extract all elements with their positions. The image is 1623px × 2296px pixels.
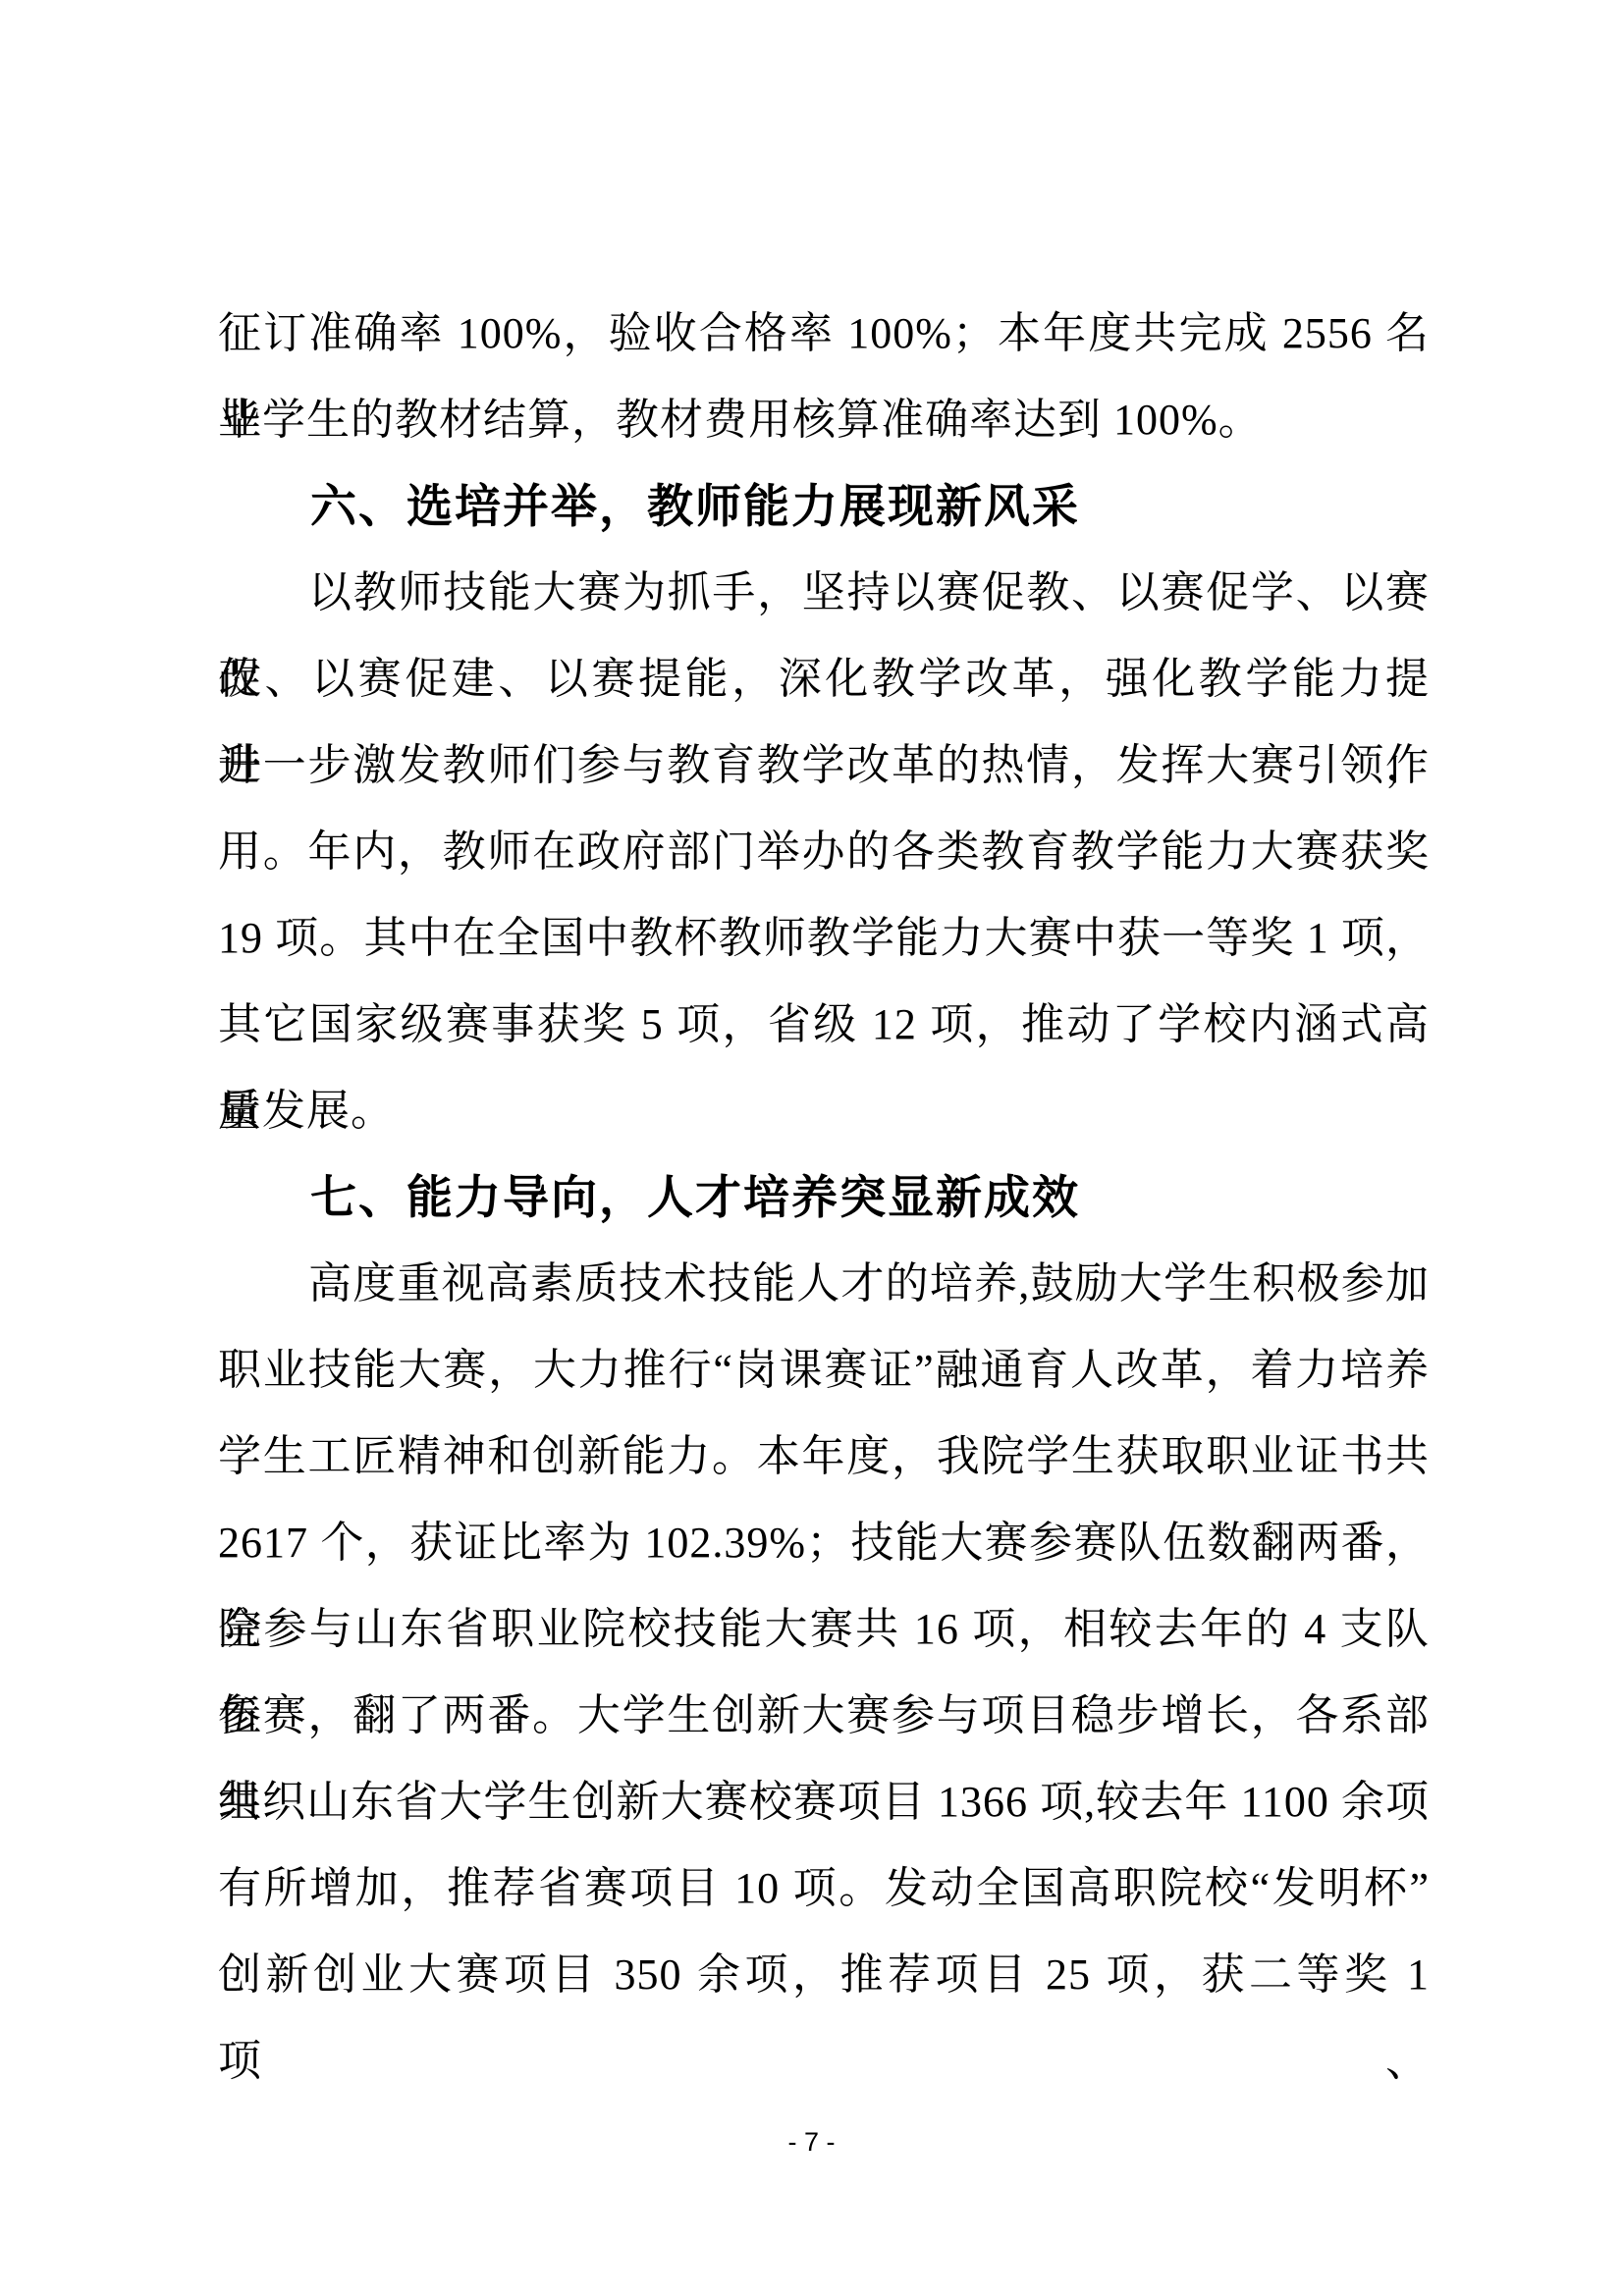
body-text-line: 改、以赛促建、以赛提能，深化教学改革，强化教学能力提升， [218,636,1430,722]
body-text-line: 院参与山东省职业院校技能大赛共 16 项，相较去年的 4 支队伍 [218,1586,1430,1673]
body-text-line: 进一步激发教师们参与教育教学改革的热情，发挥大赛引领作 [218,722,1430,809]
body-text-line: 用。年内，教师在政府部门举办的各类教育教学能力大赛获奖 [218,809,1430,895]
body-text-line: 以教师技能大赛为抓手，坚持以赛促教、以赛促学、以赛促 [218,550,1430,636]
document-body: 征订准确率 100%，验收合格率 100%；本年度共完成 2556 名毕业学生的… [218,291,1430,2018]
body-text-line: 19 项。其中在全国中教杯教师教学能力大赛中获一等奖 1 项， [218,895,1430,982]
section-heading: 七、能力导向，人才培养突显新成效 [218,1154,1430,1241]
body-text-line: 高度重视高素质技术技能人才的培养,鼓励大学生积极参加 [218,1241,1430,1327]
body-text-line: 业学生的教材结算，教材费用核算准确率达到 100%。 [218,377,1430,463]
body-text-line: 学生工匠精神和创新能力。本年度，我院学生获取职业证书共 [218,1414,1430,1500]
body-text-line: 征订准确率 100%，验收合格率 100%；本年度共完成 2556 名毕 [218,291,1430,377]
body-text-line: 其它国家级赛事获奖 5 项，省级 12 项，推动了学校内涵式高质 [218,982,1430,1068]
page-number: - 7 - [0,2122,1623,2162]
body-text-line: 量发展。 [218,1068,1430,1154]
body-text-line: 创新创业大赛项目 350 余项，推荐项目 25 项，获二等奖 1 项、 [218,1932,1430,2018]
section-heading: 六、选培并举，教师能力展现新风采 [218,463,1430,550]
body-text-line: 参赛，翻了两番。大学生创新大赛参与项目稳步增长，各系部共 [218,1673,1430,1759]
body-text-line: 2617 个，获证比率为 102.39%；技能大赛参赛队伍数翻两番，全 [218,1500,1430,1586]
document-page: 征订准确率 100%，验收合格率 100%；本年度共完成 2556 名毕业学生的… [0,0,1623,2296]
body-text-line: 组织山东省大学生创新大赛校赛项目 1366 项,较去年 1100 余项 [218,1759,1430,1845]
body-text-line: 职业技能大赛，大力推行“岗课赛证”融通育人改革，着力培养 [218,1327,1430,1414]
body-text-line: 有所增加，推荐省赛项目 10 项。发动全国高职院校“发明杯” [218,1845,1430,1932]
